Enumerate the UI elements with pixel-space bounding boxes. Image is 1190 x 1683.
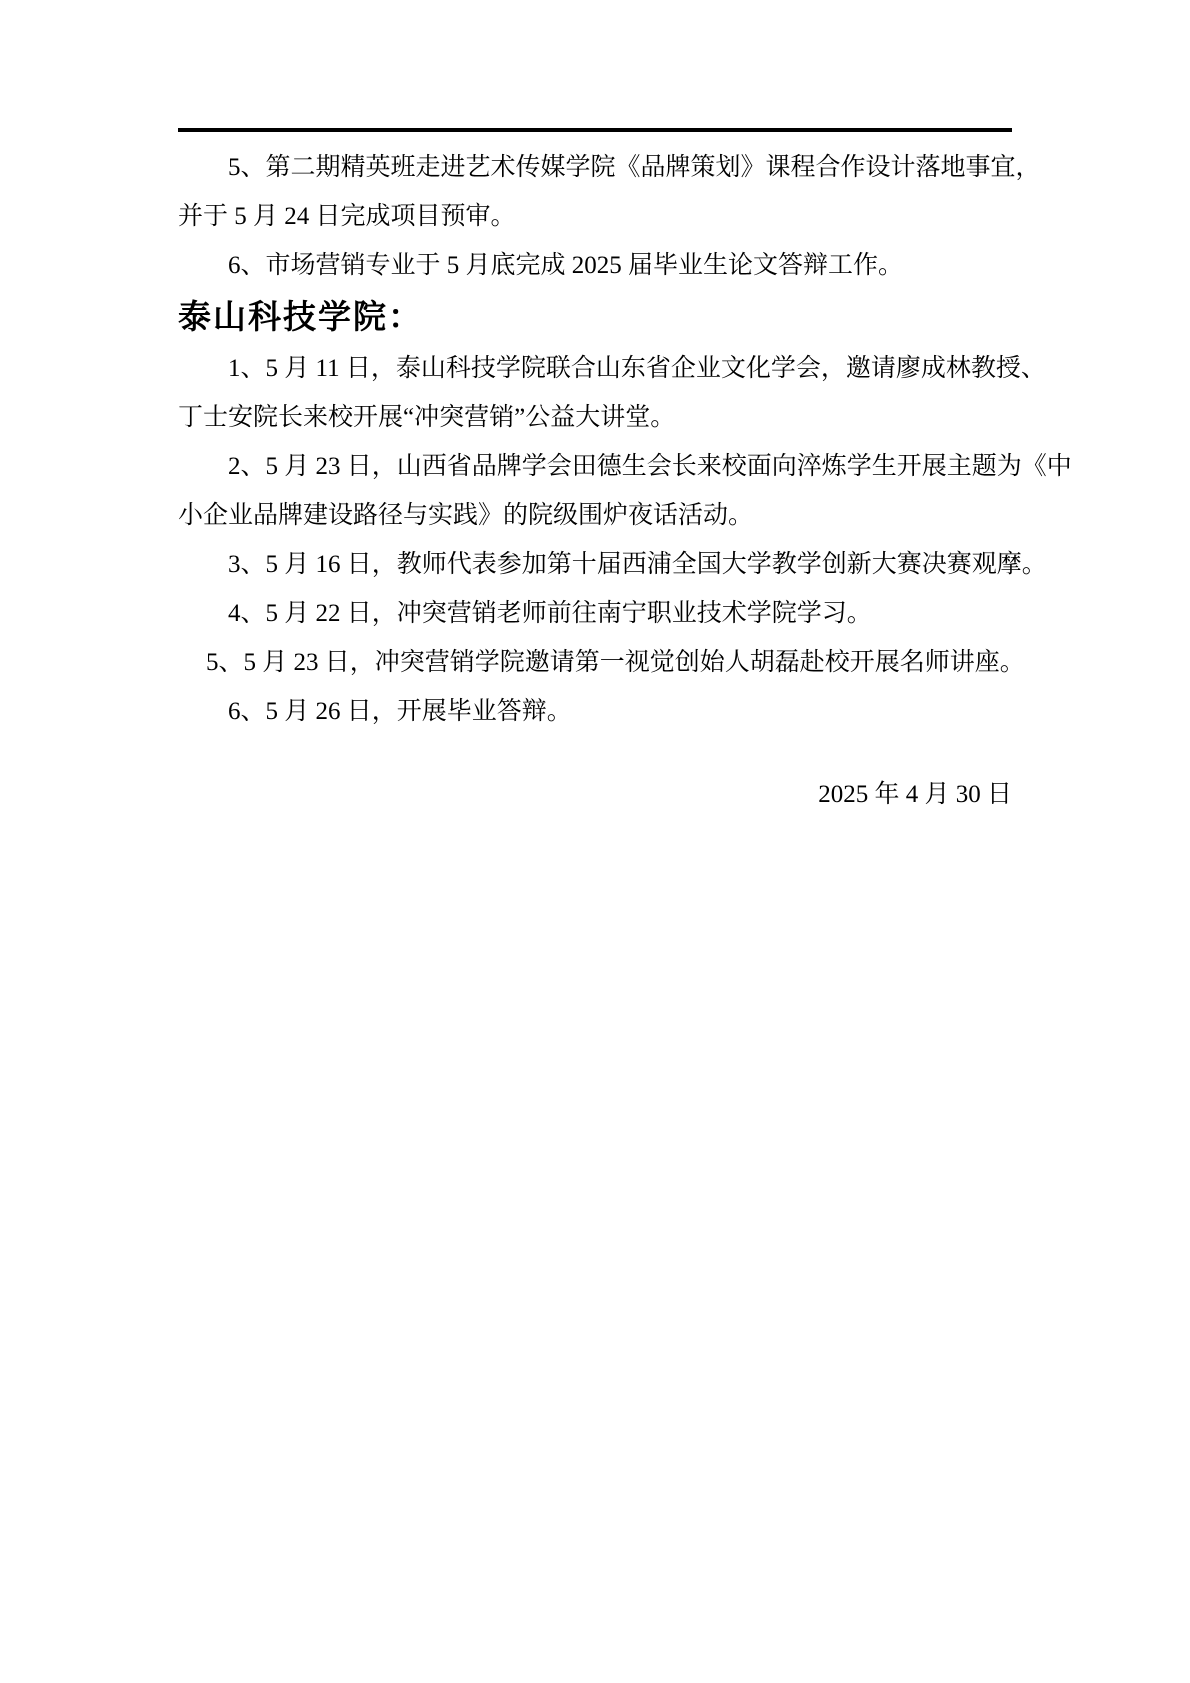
document-page: 5、第二期精英班走进艺术传媒学院《品牌策划》课程合作设计落地事宜， 并于 5 月… xyxy=(0,0,1190,1683)
header-divider-line xyxy=(178,128,1012,132)
taishan-list-item-3: 3、5 月 16 日，教师代表参加第十届西浦全国大学教学创新大赛决赛观摩。 xyxy=(178,540,1012,589)
section-heading-taishan: 泰山科技学院： xyxy=(178,290,1012,344)
taishan-list-item-1-line-2: 丁士安院长来校开展“冲突营销”公益大讲堂。 xyxy=(178,393,1012,442)
continued-list-item-6: 6、市场营销专业于 5 月底完成 2025 届毕业生论文答辩工作。 xyxy=(178,241,1012,290)
signature-date: 2025 年 4 月 30 日 xyxy=(178,770,1012,819)
taishan-list-item-2-line-1: 2、5 月 23 日，山西省品牌学会田德生会长来校面向淬炼学生开展主题为《中 xyxy=(178,442,1012,491)
continued-list-item-5-line-2: 并于 5 月 24 日完成项目预审。 xyxy=(178,192,1012,241)
taishan-list-item-1-line-1: 1、5 月 11 日，泰山科技学院联合山东省企业文化学会，邀请廖成林教授、 xyxy=(178,344,1012,393)
taishan-list-item-5: 5、5 月 23 日，冲突营销学院邀请第一视觉创始人胡磊赴校开展名师讲座。 xyxy=(178,638,1012,687)
document-body: 5、第二期精英班走进艺术传媒学院《品牌策划》课程合作设计落地事宜， 并于 5 月… xyxy=(178,128,1012,819)
taishan-list-item-6: 6、5 月 26 日，开展毕业答辩。 xyxy=(178,687,1012,736)
continued-list-item-5-line-1: 5、第二期精英班走进艺术传媒学院《品牌策划》课程合作设计落地事宜， xyxy=(178,143,1012,192)
taishan-list-item-4: 4、5 月 22 日，冲突营销老师前往南宁职业技术学院学习。 xyxy=(178,589,1012,638)
taishan-list-item-2-line-2: 小企业品牌建设路径与实践》的院级围炉夜话活动。 xyxy=(178,491,1012,540)
